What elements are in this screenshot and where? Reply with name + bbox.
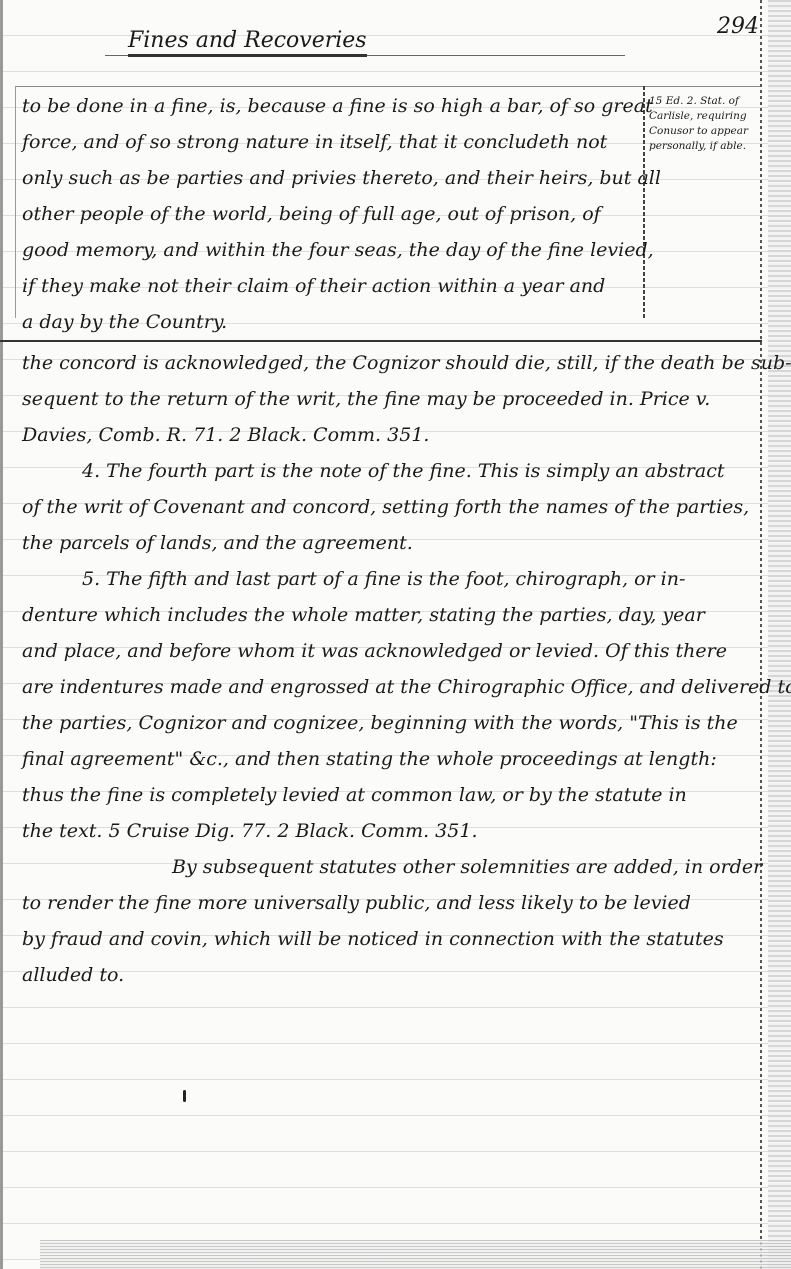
scan-bottom-noise <box>40 1240 791 1269</box>
ink-mark <box>183 1090 186 1102</box>
text-line: the concord is acknowledged, the Cognizo… <box>22 345 762 381</box>
text-line: denture which includes the whole matter,… <box>22 597 762 633</box>
text-line: if they make not their claim of their ac… <box>22 268 642 304</box>
text-line: to render the fine more universally publ… <box>22 885 762 921</box>
manuscript-page: 294 Fines and Recoveries 15 Ed. 2. Stat.… <box>0 0 791 1269</box>
page-title: Fines and Recoveries <box>128 28 367 57</box>
paragraph-5-start: 5. The fifth and last part of a fine is … <box>22 561 762 597</box>
section-divider <box>0 340 762 342</box>
text-line: sequent to the return of the writ, the f… <box>22 381 762 417</box>
margin-note-rule <box>643 86 645 318</box>
text-line: other people of the world, being of full… <box>22 196 642 232</box>
text-line: a day by the Country. <box>22 304 642 340</box>
page-left-edge <box>0 0 3 1269</box>
top-rule <box>15 86 760 87</box>
text-line: are indentures made and engrossed at the… <box>22 669 762 705</box>
text-line: thus the fine is completely levied at co… <box>22 777 762 813</box>
text-line: and place, and before whom it was acknow… <box>22 633 762 669</box>
text-line: final agreement" &c., and then stating t… <box>22 741 762 777</box>
left-column-rule <box>15 86 16 318</box>
paragraph-4-start: 4. The fourth part is the note of the fi… <box>22 453 762 489</box>
text-line: the parties, Cognizor and cognizee, begi… <box>22 705 762 741</box>
text-line: alluded to. <box>22 957 762 993</box>
text-line: of the writ of Covenant and concord, set… <box>22 489 762 525</box>
binding-strip <box>768 0 791 1269</box>
text-line: good memory, and within the four seas, t… <box>22 232 642 268</box>
paragraph-6-start: By subsequent statutes other solemnities… <box>22 849 762 885</box>
text-line: only such as be parties and privies ther… <box>22 160 642 196</box>
text-line: to be done in a fine, is, because a fine… <box>22 88 642 124</box>
section-1-text: to be done in a fine, is, because a fine… <box>22 88 642 340</box>
citation-line: the text. 5 Cruise Dig. 77. 2 Black. Com… <box>22 813 762 849</box>
citation-line: Davies, Comb. R. 71. 2 Black. Comm. 351. <box>22 417 762 453</box>
section-2-text: the concord is acknowledged, the Cognizo… <box>22 345 762 993</box>
page-number: 294 <box>717 14 759 39</box>
text-line: force, and of so strong nature in itself… <box>22 124 642 160</box>
text-line: by fraud and covin, which will be notice… <box>22 921 762 957</box>
text-line: the parcels of lands, and the agreement. <box>22 525 762 561</box>
margin-note: 15 Ed. 2. Stat. of Carlisle, requiring C… <box>649 94 757 154</box>
